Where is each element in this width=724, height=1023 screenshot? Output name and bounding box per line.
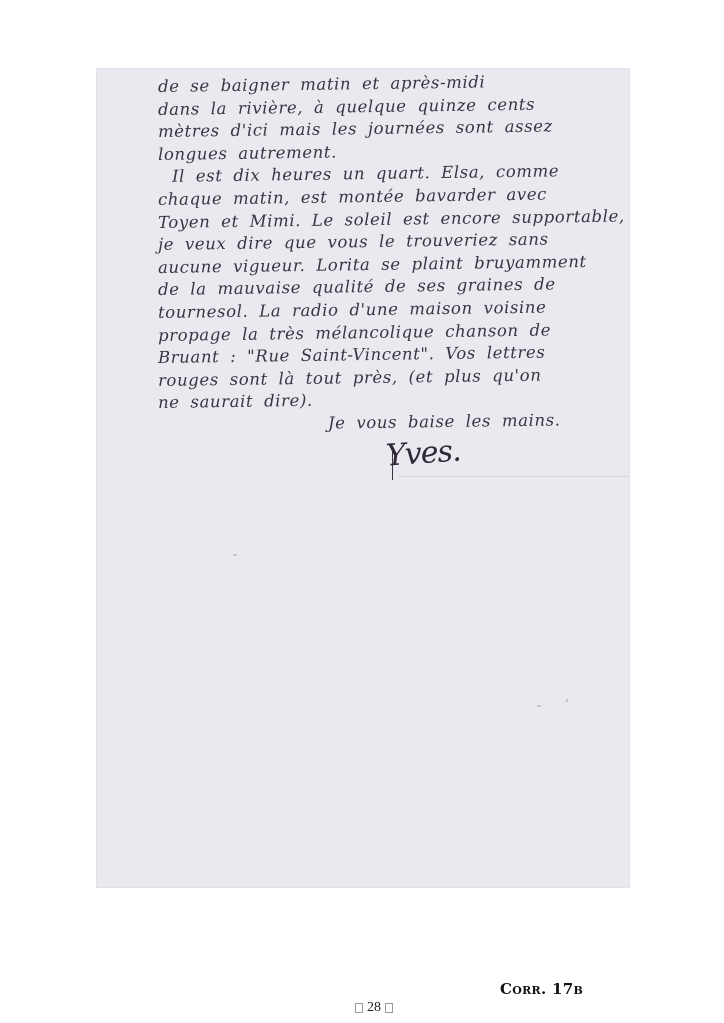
signature: Yves. <box>385 433 462 473</box>
page-number-footer: 28 <box>344 1000 404 1016</box>
page-number: 28 <box>367 1000 381 1015</box>
paper-fold-line <box>398 476 628 477</box>
scan-speck <box>233 554 237 556</box>
document-reference-label: Corr. 17b <box>500 980 583 998</box>
handwritten-letter-text: de se baigner matin et après-midi dans l… <box>158 76 628 438</box>
placeholder-glyph-icon <box>385 1003 393 1013</box>
placeholder-glyph-icon <box>355 1003 363 1013</box>
scan-speck <box>566 699 568 702</box>
scanned-letter-page: de se baigner matin et après-midi dans l… <box>96 68 630 888</box>
scan-speck <box>537 705 541 707</box>
